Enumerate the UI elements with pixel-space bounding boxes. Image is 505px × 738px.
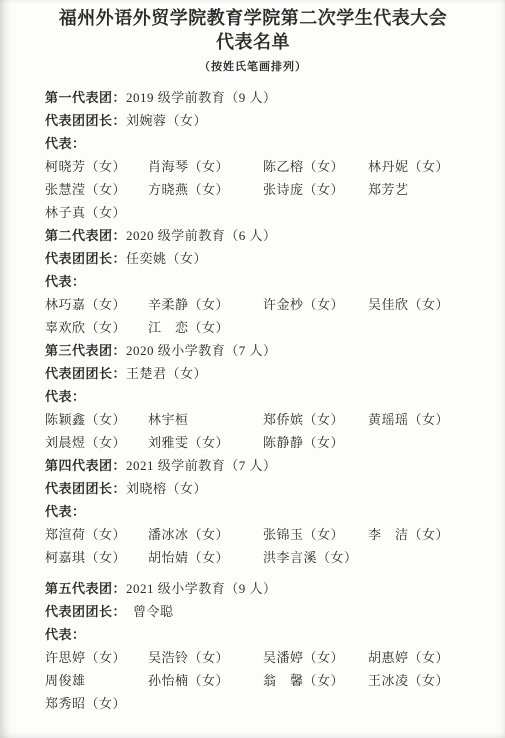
- delegation-leader-line: 代表团团长：任奕姚（女）: [45, 247, 467, 270]
- delegates-label: 代表：: [45, 504, 86, 519]
- delegate-name: 郑渲荷（女）: [45, 523, 148, 546]
- delegate-name: 张慧滢（女）: [45, 178, 148, 201]
- leader-label: 代表团团长：: [45, 366, 126, 381]
- delegation-heading: 第一代表团：2019 级学前教育（9 人）: [45, 86, 467, 109]
- delegation-heading: 第二代表团：2020 级学前教育（6 人）: [45, 224, 467, 247]
- delegates-heading: 代表：: [45, 132, 467, 155]
- delegation-leader-line: 代表团团长：刘婉蓉（女）: [45, 109, 467, 132]
- delegate-name: 江 恋（女）: [148, 316, 263, 339]
- delegate-name: 林丹妮（女）: [368, 155, 467, 178]
- delegation-name-label: 第四代表团：: [45, 458, 126, 473]
- delegation-section: 第五代表团：2021 级小学教育（9 人） 代表团团长： 曾令聪 代表： 许思婷…: [45, 577, 467, 715]
- delegates-label: 代表：: [45, 389, 86, 404]
- delegate-name: 辜欢欣（女）: [45, 316, 148, 339]
- delegation-section: 第二代表团：2020 级学前教育（6 人） 代表团团长：任奕姚（女） 代表： 林…: [45, 224, 467, 339]
- delegation-heading: 第四代表团：2021 级学前教育（7 人）: [45, 454, 467, 477]
- delegation-leader-line: 代表团团长：王楚君（女）: [45, 362, 467, 385]
- delegate-name: 林巧嘉（女）: [45, 293, 148, 316]
- delegate-name: 洪李言溪（女）: [263, 546, 368, 569]
- delegation-heading: 第五代表团：2021 级小学教育（9 人）: [45, 577, 467, 600]
- delegate-name: 黄瑶瑶（女）: [368, 408, 467, 431]
- delegate-name: 柯晓芳（女）: [45, 155, 148, 178]
- delegate-name-row: 陈颖鑫（女）林宇桓郑侨嫔（女）黄瑶瑶（女）: [45, 408, 467, 431]
- document-page: 福州外语外贸学院教育学院第二次学生代表大会代表名单 （按姓氏笔画排列） 第一代表…: [0, 0, 505, 738]
- delegate-name-row: 周俊雄孙怡楠（女）翁 馨（女）王冰凌（女）: [45, 669, 467, 692]
- delegate-name: 翁 馨（女）: [263, 669, 368, 692]
- delegate-name: 吴佳欣（女）: [368, 293, 467, 316]
- delegate-name: 周俊雄: [45, 669, 148, 692]
- delegation-program: 2021 级学前教育（7 人）: [126, 458, 277, 473]
- leader-label: 代表团团长：: [45, 251, 126, 266]
- delegate-name: 孙怡楠（女）: [148, 669, 263, 692]
- delegate-name-grid: 郑渲荷（女）潘冰冰（女）张锦玉（女）李 洁（女）柯嘉琪（女）胡怡婧（女）洪李言溪…: [45, 523, 467, 569]
- delegates-label: 代表：: [45, 136, 86, 151]
- delegate-name: 胡惠婷（女）: [368, 646, 467, 669]
- delegates-heading: 代表：: [45, 385, 467, 408]
- delegate-name: 潘冰冰（女）: [148, 523, 263, 546]
- delegate-name: 吴浩铃（女）: [148, 646, 263, 669]
- delegation-name-label: 第五代表团：: [45, 581, 126, 596]
- delegation-name-label: 第二代表团：: [45, 228, 126, 243]
- delegation-name-label: 第一代表团：: [45, 90, 126, 105]
- delegation-program: 2020 级学前教育（6 人）: [126, 228, 277, 243]
- delegate-name: 柯嘉琪（女）: [45, 546, 148, 569]
- delegate-name-grid: 林巧嘉（女）辛柔静（女）许金杪（女）吴佳欣（女）辜欢欣（女）江 恋（女）: [45, 293, 467, 339]
- delegates-heading: 代表：: [45, 270, 467, 293]
- delegate-name-row: 张慧滢（女）方晓燕（女）张诗庞（女）郑芳艺: [45, 178, 467, 201]
- leader-label: 代表团团长：: [45, 113, 126, 128]
- delegate-name-grid: 陈颖鑫（女）林宇桓郑侨嫔（女）黄瑶瑶（女）刘晨煜（女）刘雅雯（女）陈静静（女）: [45, 408, 467, 454]
- delegation-list: 第一代表团：2019 级学前教育（9 人） 代表团团长：刘婉蓉（女） 代表： 柯…: [45, 86, 467, 715]
- document-title-line2: 代表名单: [216, 32, 290, 52]
- delegate-name: 刘晨煜（女）: [45, 431, 148, 454]
- delegate-name: 郑侨嫔（女）: [263, 408, 368, 431]
- delegate-name-row: 郑秀昭（女）: [45, 692, 467, 715]
- leader-name: 刘婉蓉（女）: [126, 113, 207, 128]
- delegate-name: 郑芳艺: [368, 178, 467, 201]
- delegate-name-row: 刘晨煜（女）刘雅雯（女）陈静静（女）: [45, 431, 467, 454]
- delegates-label: 代表：: [45, 274, 86, 289]
- delegate-name: 李 洁（女）: [368, 523, 467, 546]
- delegate-name: 郑秀昭（女）: [45, 692, 148, 715]
- delegation-section: 第四代表团：2021 级学前教育（7 人） 代表团团长：刘晓榕（女） 代表： 郑…: [45, 454, 467, 569]
- delegate-name: 方晓燕（女）: [148, 178, 263, 201]
- delegate-name: 陈颖鑫（女）: [45, 408, 148, 431]
- delegation-heading: 第三代表团：2020 级小学教育（7 人）: [45, 339, 467, 362]
- document-title: 福州外语外贸学院教育学院第二次学生代表大会代表名单: [39, 6, 467, 54]
- delegate-name: 辛柔静（女）: [148, 293, 263, 316]
- delegate-name: 林宇桓: [148, 408, 263, 431]
- delegate-name-grid: 许思婷（女）吴浩铃（女）吴潘婷（女）胡惠婷（女）周俊雄孙怡楠（女）翁 馨（女）王…: [45, 646, 467, 715]
- delegation-section: 第三代表团：2020 级小学教育（7 人） 代表团团长：王楚君（女） 代表： 陈…: [45, 339, 467, 454]
- leader-label: 代表团团长：: [45, 604, 120, 619]
- delegate-name-row: 林子真（女）: [45, 201, 467, 224]
- delegate-name-row: 许思婷（女）吴浩铃（女）吴潘婷（女）胡惠婷（女）: [45, 646, 467, 669]
- delegate-name: 许思婷（女）: [45, 646, 148, 669]
- leader-name: 曾令聪: [120, 604, 174, 619]
- document-title-line1: 福州外语外贸学院教育学院第二次学生代表大会: [59, 8, 448, 28]
- delegate-name: 许金杪（女）: [263, 293, 368, 316]
- delegate-name: 刘雅雯（女）: [148, 431, 263, 454]
- delegate-name: 陈乙榕（女）: [263, 155, 368, 178]
- delegate-name: 王冰凌（女）: [368, 669, 467, 692]
- delegate-name: 胡怡婧（女）: [148, 546, 263, 569]
- delegates-heading: 代表：: [45, 500, 467, 523]
- delegate-name-row: 郑渲荷（女）潘冰冰（女）张锦玉（女）李 洁（女）: [45, 523, 467, 546]
- delegate-name-row: 辜欢欣（女）江 恋（女）: [45, 316, 467, 339]
- delegate-name: 张锦玉（女）: [263, 523, 368, 546]
- delegate-name-grid: 柯晓芳（女）肖海琴（女）陈乙榕（女）林丹妮（女）张慧滢（女）方晓燕（女）张诗庞（…: [45, 155, 467, 224]
- leader-label: 代表团团长：: [45, 481, 126, 496]
- delegate-name: 吴潘婷（女）: [263, 646, 368, 669]
- delegation-leader-line: 代表团团长： 曾令聪: [45, 600, 467, 623]
- document-subtitle: （按姓氏笔画排列）: [39, 60, 467, 74]
- delegation-section: 第一代表团：2019 级学前教育（9 人） 代表团团长：刘婉蓉（女） 代表： 柯…: [45, 86, 467, 224]
- delegation-program: 2019 级学前教育（9 人）: [126, 90, 277, 105]
- delegate-name: 林子真（女）: [45, 201, 148, 224]
- delegates-heading: 代表：: [45, 623, 467, 646]
- leader-name: 王楚君（女）: [126, 366, 207, 381]
- delegates-label: 代表：: [45, 627, 86, 642]
- delegate-name-row: 柯晓芳（女）肖海琴（女）陈乙榕（女）林丹妮（女）: [45, 155, 467, 178]
- delegate-name: 陈静静（女）: [263, 431, 368, 454]
- delegate-name: 肖海琴（女）: [148, 155, 263, 178]
- delegation-program: 2021 级小学教育（9 人）: [126, 581, 277, 596]
- delegation-leader-line: 代表团团长：刘晓榕（女）: [45, 477, 467, 500]
- leader-name: 刘晓榕（女）: [126, 481, 207, 496]
- leader-name: 任奕姚（女）: [126, 251, 207, 266]
- delegation-program: 2020 级小学教育（7 人）: [126, 343, 277, 358]
- delegate-name-row: 林巧嘉（女）辛柔静（女）许金杪（女）吴佳欣（女）: [45, 293, 467, 316]
- delegate-name: 张诗庞（女）: [263, 178, 368, 201]
- delegate-name-row: 柯嘉琪（女）胡怡婧（女）洪李言溪（女）: [45, 546, 467, 569]
- delegation-name-label: 第三代表团：: [45, 343, 126, 358]
